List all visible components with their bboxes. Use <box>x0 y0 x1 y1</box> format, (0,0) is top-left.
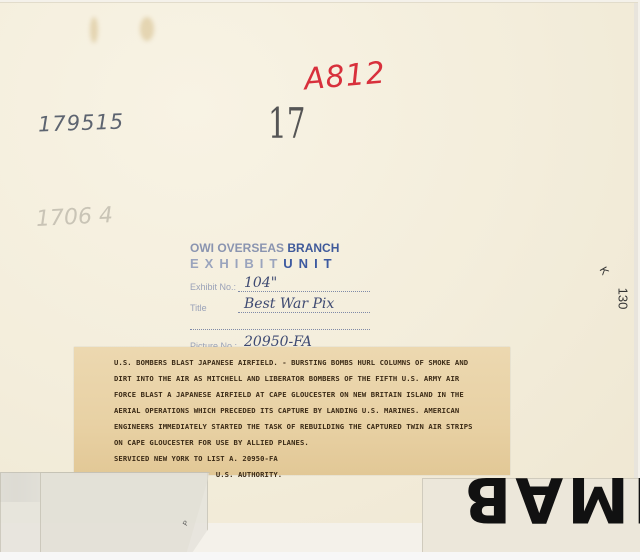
inventory-number: 179515 <box>38 110 125 137</box>
caption-line: ON CAPE GLOUCESTER FOR USE BY ALLIED PLA… <box>114 435 504 451</box>
stain <box>140 17 154 41</box>
stamp-unit-suffix: UNIT <box>283 256 337 271</box>
field-value: Best War Pix <box>238 296 370 313</box>
field-label: Title <box>190 303 238 313</box>
caption-line: ENGINEERS IMMEDIATELY STARTED THE TASK O… <box>114 419 504 435</box>
stamp-field-exhibit: Exhibit No.: 104" <box>190 275 370 292</box>
stamp-field-title: Title Best War Pix <box>190 296 370 313</box>
side-number: 130 <box>615 288 630 310</box>
faint-pencil-number: 1706 4 <box>35 203 113 232</box>
stamp-line-2: EXHIBITUNIT <box>190 256 370 271</box>
stamp-branch-suffix: BRANCH <box>287 241 339 255</box>
caption-line: DIRT INTO THE AIR AS MITCHELL AND LIBERA… <box>114 371 504 387</box>
caption-line: AERIAL OPERATIONS WHICH PRECEDED ITS CAP… <box>114 403 504 419</box>
large-pencil-number: 17 <box>268 99 305 148</box>
stain <box>90 17 98 43</box>
photo-back-sheet: 179515 1706 4 17 A812 K 130 OWI OVERSEAS… <box>0 2 638 523</box>
mirrored-print-text: IMAB <box>460 478 640 530</box>
side-annotation: K <box>597 265 611 277</box>
scan-background <box>0 552 640 560</box>
caption-text: U.S. BOMBERS BLAST JAPANESE AIRFIELD. - … <box>114 355 504 483</box>
stamp-blank-line <box>190 319 370 330</box>
stamp-branch-prefix: OWI OVERSEAS <box>190 241 284 255</box>
typed-caption-slip: U.S. BOMBERS BLAST JAPANESE AIRFIELD. - … <box>74 347 510 475</box>
red-catalog-mark: A812 <box>303 56 388 98</box>
stamp-line-1: OWI OVERSEAS BRANCH <box>190 241 370 255</box>
caption-line: FORCE BLAST A JAPANESE AIRFIELD AT CAPE … <box>114 387 504 403</box>
caption-line: SERVICED NEW YORK TO LIST A. 20950-FA <box>114 451 504 467</box>
stamp-unit-prefix: EXHIBIT <box>190 256 283 271</box>
field-label: Exhibit No.: <box>190 282 238 292</box>
field-value: 104" <box>238 275 370 292</box>
tape-left-overlay <box>40 472 210 554</box>
caption-line: U.S. BOMBERS BLAST JAPANESE AIRFIELD. - … <box>114 355 504 371</box>
owi-exhibit-stamp: OWI OVERSEAS BRANCH EXHIBITUNIT Exhibit … <box>190 241 370 351</box>
